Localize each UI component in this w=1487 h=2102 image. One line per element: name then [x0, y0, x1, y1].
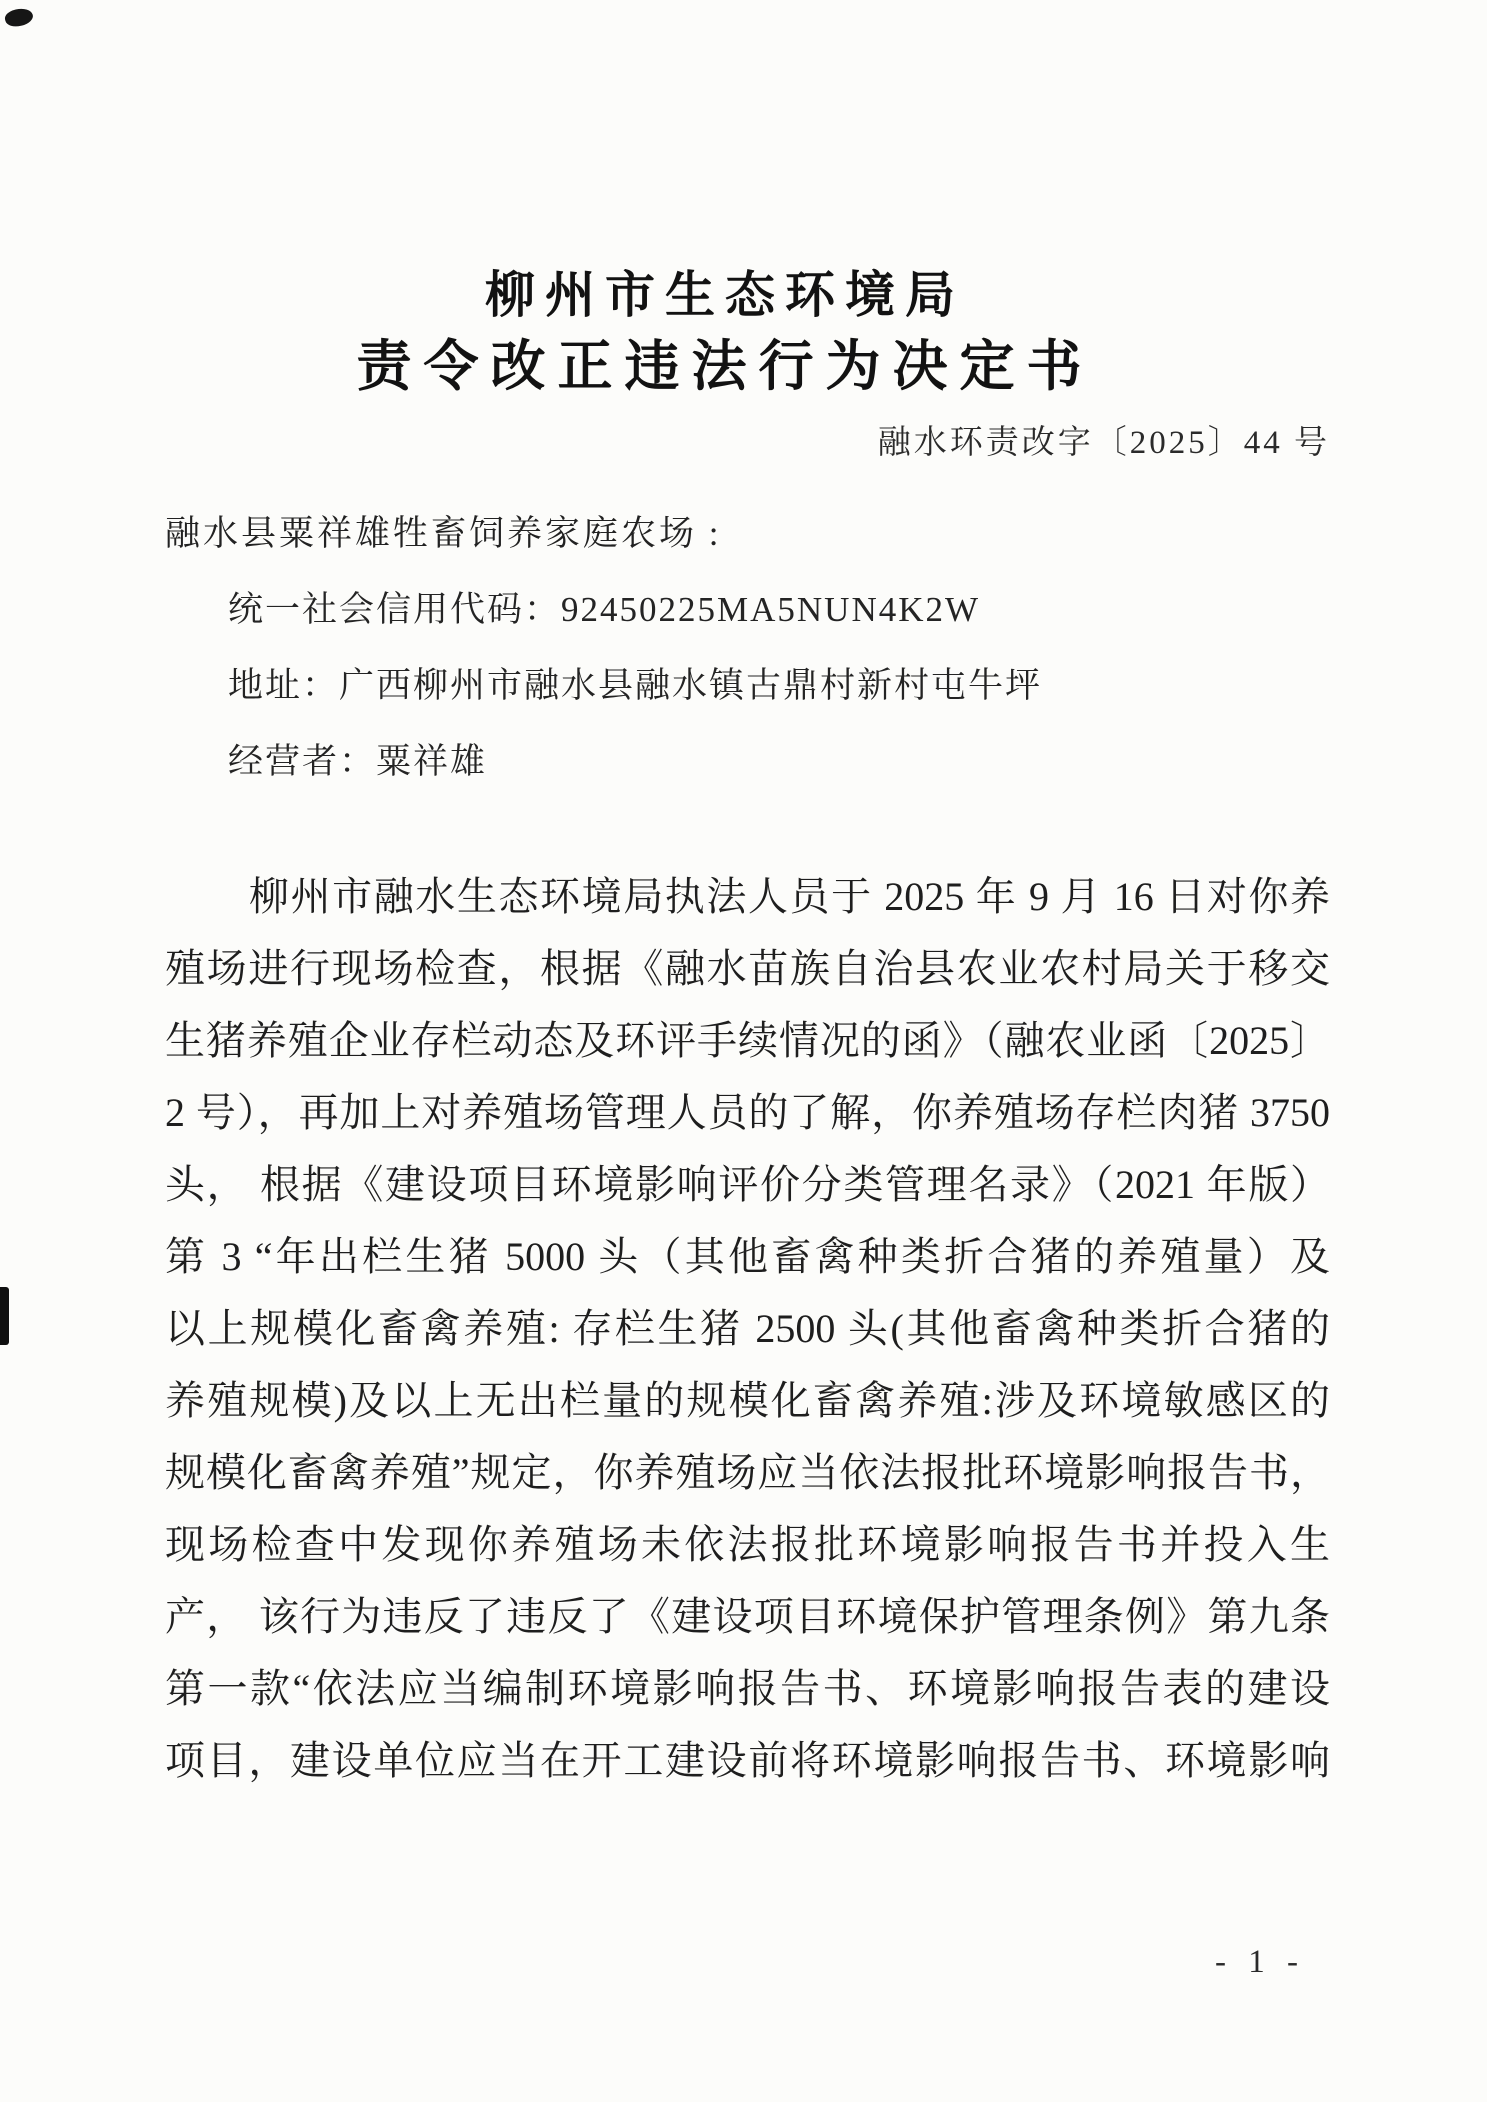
- body-line: 头， 根据《建设项目环境影响评价分类管理名录》（2021 年版）: [165, 1149, 1330, 1221]
- body-line: 现场检查中发现你养殖场未依法报批环境影响报告书并投入生: [165, 1509, 1330, 1581]
- recipient-line: 融水县粟祥雄牲畜饲养家庭农场 :: [165, 506, 1350, 556]
- body-line: 2 号），再加上对养殖场管理人员的了解，你养殖场存栏肉猪 3750: [165, 1077, 1330, 1149]
- body-line: 项目，建设单位应当在开工建设前将环境影响报告书、环境影响: [165, 1725, 1330, 1797]
- body-line: 生猪养殖企业存栏动态及环评手续情况的函》（融农业函〔2025〕: [165, 1005, 1330, 1077]
- body-line: 养殖规模)及以上无出栏量的规模化畜禽养殖:涉及环境敏感区的: [165, 1365, 1330, 1437]
- document-number: 融水环责改字〔2025〕44 号: [165, 416, 1330, 463]
- document-subtitle: 责令改正违法行为决定书: [120, 322, 1330, 401]
- credit-code-line: 统一社会信用代码：92450225MA5NUN4K2W: [165, 572, 1350, 648]
- address-line: 地址：广西柳州市融水县融水镇古鼎村新村屯牛坪: [165, 648, 1350, 724]
- scan-artifact-left-bar: [0, 1287, 9, 1345]
- scan-artifact-corner: [3, 6, 34, 29]
- body-line: 柳州市融水生态环境局执法人员于 2025 年 9 月 16 日对你养: [165, 861, 1330, 933]
- body-line: 以上规模化畜禽养殖: 存栏生猪 2500 头(其他畜禽种类折合猪的: [165, 1293, 1330, 1365]
- document-title: 柳州市生态环境局: [120, 255, 1330, 327]
- body-line: 规模化畜禽养殖”规定，你养殖场应当依法报批环境影响报告书，: [165, 1437, 1330, 1509]
- page-number: - 1 -: [165, 1944, 1330, 1981]
- body-line: 产， 该行为违反了违反了《建设项目环境保护管理条例》第九条: [165, 1581, 1330, 1653]
- body-line: 殖场进行现场检查，根据《融水苗族自治县农业农村局关于移交: [165, 933, 1330, 1005]
- scanned-document-page: 柳州市生态环境局 责令改正违法行为决定书 融水环责改字〔2025〕44 号 融水…: [0, 0, 1487, 2102]
- body-line: 第一款“依法应当编制环境影响报告书、环境影响报告表的建设: [165, 1653, 1330, 1725]
- body-paragraph: 柳州市融水生态环境局执法人员于 2025 年 9 月 16 日对你养 殖场进行现…: [165, 861, 1330, 1797]
- operator-line: 经营者：粟祥雄: [165, 724, 1350, 800]
- recipient-info-block: 统一社会信用代码：92450225MA5NUN4K2W 地址：广西柳州市融水县融…: [165, 572, 1350, 800]
- body-line: 第 3 “年出栏生猪 5000 头（其他畜禽种类折合猪的养殖量）及: [165, 1221, 1330, 1293]
